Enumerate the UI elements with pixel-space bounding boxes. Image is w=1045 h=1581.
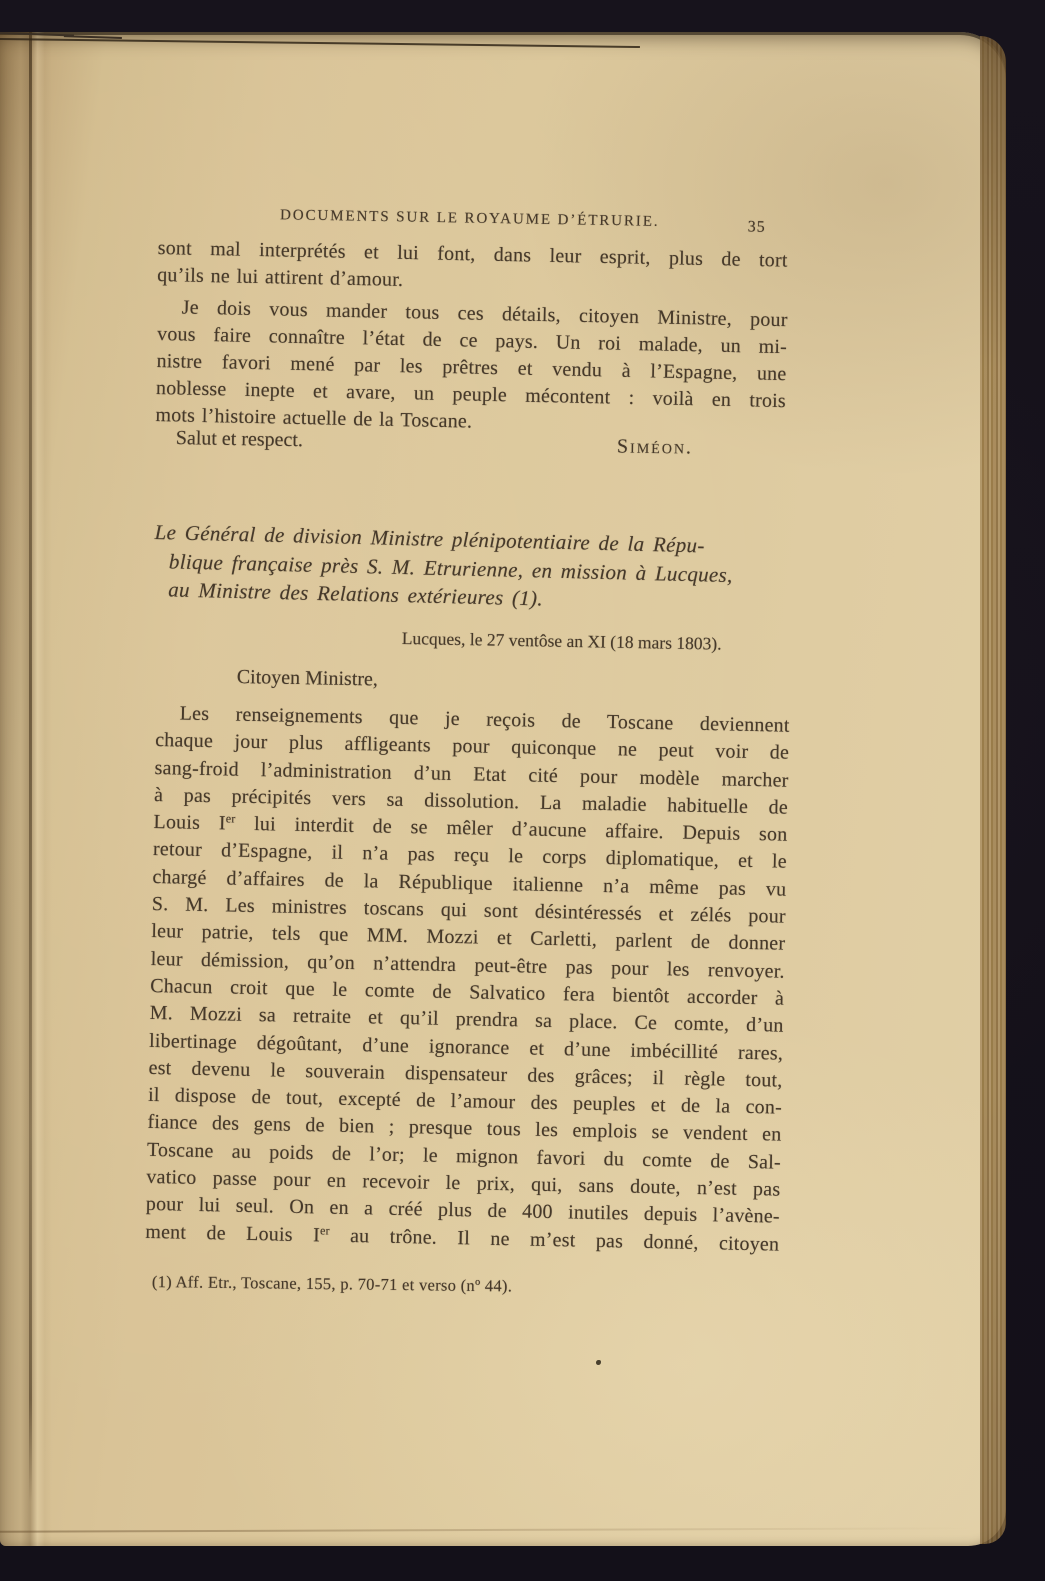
letter1-paragraph-continuation: sont mal interprétés et lui font, dans l… (157, 235, 788, 302)
letter-signature: Siméon. (617, 435, 693, 459)
gutter-crease-line (29, 32, 32, 1502)
letter-closing: Salut et respect. (176, 427, 304, 452)
page-edge-stack (980, 36, 1006, 1544)
divider-segment (0, 32, 74, 36)
footnote-rule (0, 38, 640, 48)
bottom-fold-line (0, 1527, 976, 1532)
gutter-shadow (0, 32, 52, 1546)
footnote: (1) Aff. Etr., Toscane, 155, p. 70-71 et… (152, 1272, 513, 1296)
salutation: Citoyen Ministre, (237, 666, 378, 691)
page-number: 35 (748, 218, 766, 236)
ink-speck (596, 1360, 601, 1365)
running-title: DOCUMENTS SUR LE ROYAUME D’ÉTRURIE. (150, 205, 790, 233)
letter2-body: Les renseignements que je reçois de Tosc… (145, 700, 790, 1259)
dateline: Lucques, le 27 ventôse an XI (18 mars 18… (402, 628, 722, 655)
book-page: DOCUMENTS SUR LE ROYAUME D’ÉTRURIE. 35 s… (0, 32, 1006, 1546)
scan-background: DOCUMENTS SUR LE ROYAUME D’ÉTRURIE. 35 s… (0, 0, 1045, 1581)
letter1-paragraph: Je dois vous mander tous ces détails, ci… (155, 294, 788, 442)
letter2-heading: Le Général de division Ministre plénipot… (153, 518, 795, 619)
